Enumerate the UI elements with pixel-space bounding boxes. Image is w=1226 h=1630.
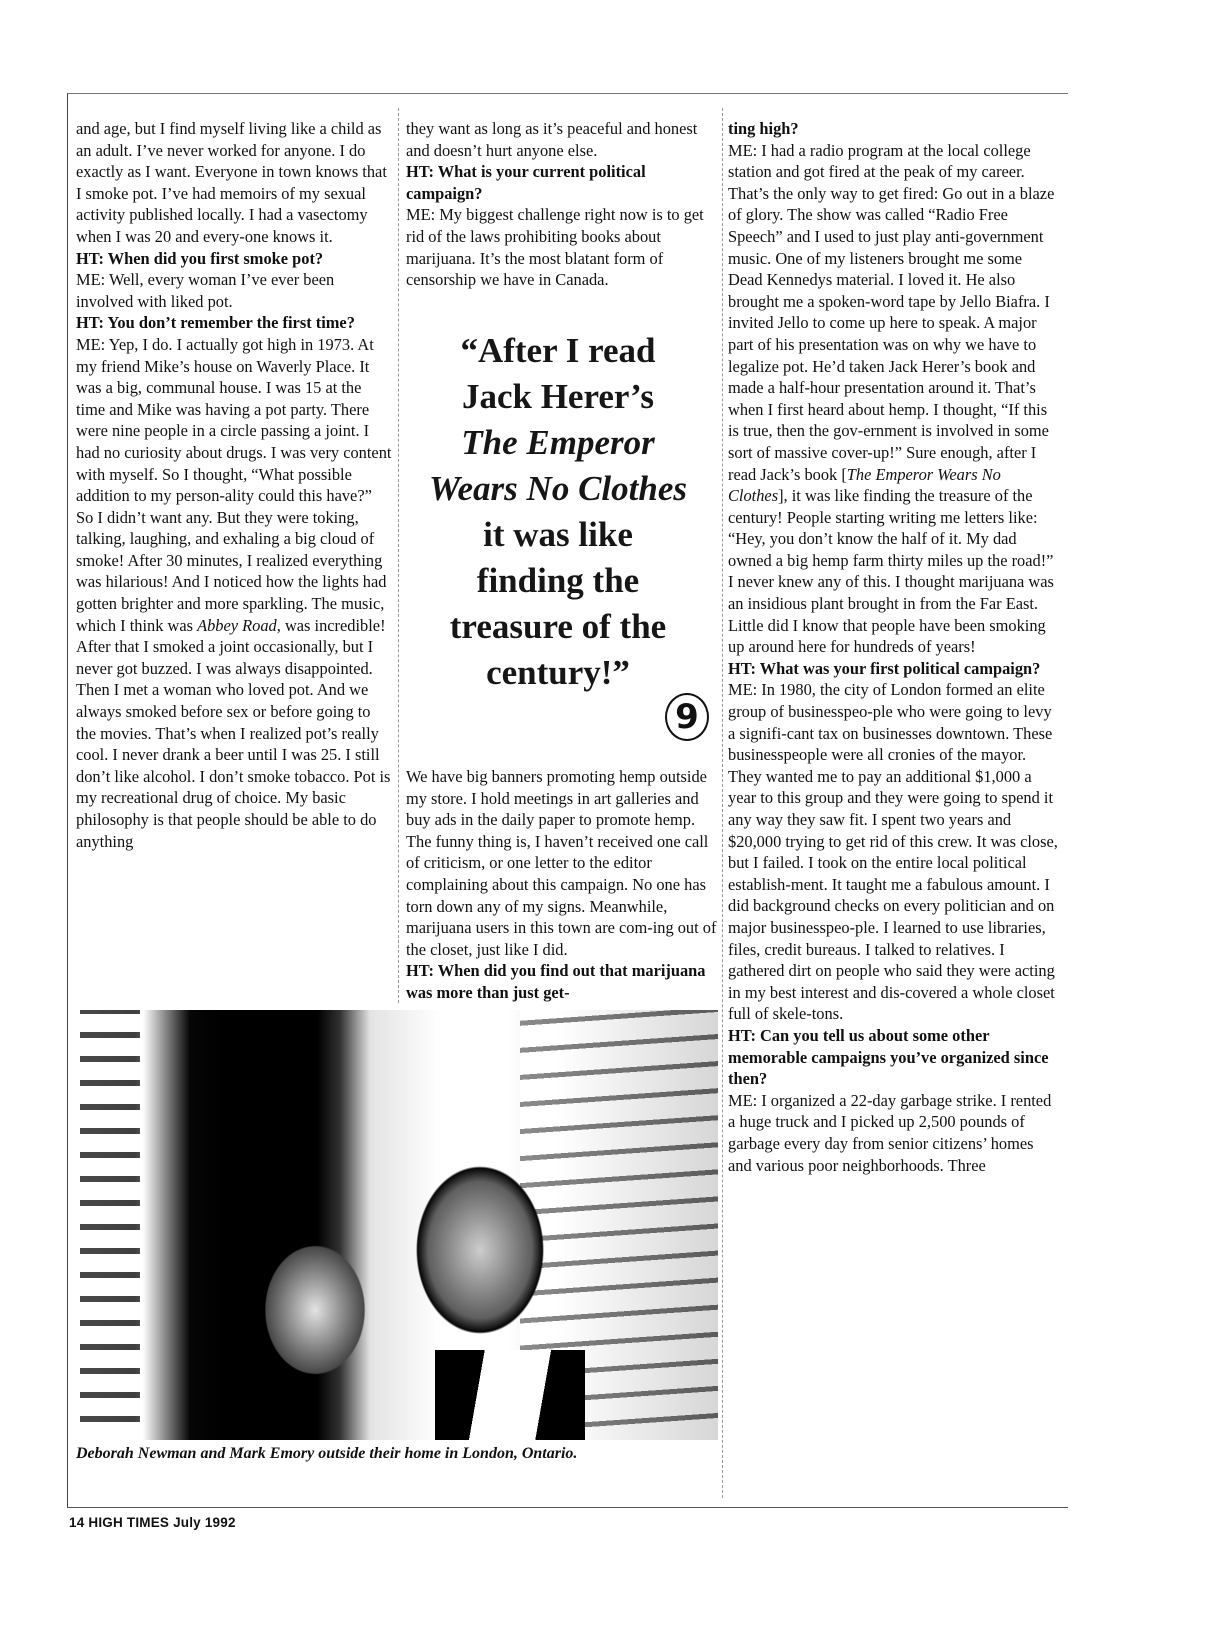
interview-question: HT: When did you first smoke pot? [76,248,392,270]
photo-couple [80,1010,718,1440]
photo-brick-wall-left [80,1010,140,1440]
interview-question: HT: What was your first political campai… [728,658,1058,680]
answer-paragraph: and age, but I find myself living like a… [76,118,392,248]
interview-question: HT: You don’t remember the first time? [76,312,392,334]
album-title: Abbey Road [197,616,277,635]
pull-quote-line: it was like [400,512,716,558]
book-title: Wears No Clothes [429,469,687,508]
pull-quote-line: finding the [400,558,716,604]
answer-text: ME: I had a radio program at the local c… [728,141,1054,484]
pull-quote-line: “After I read [400,328,716,374]
pull-quote-line: Jack Herer’s [400,374,716,420]
answer-text: , was incredible! After that I smoked a … [76,616,390,851]
answer-text: ], it was like finding the treasure of t… [728,486,1054,656]
page-folio: 14 HIGH TIMES July 1992 [69,1515,236,1530]
interview-question: HT: What is your current political campa… [406,161,718,204]
article-column-1: and age, but I find myself living like a… [76,118,392,852]
article-column-3: ting high? ME: I had a radio program at … [728,118,1058,1176]
answer-paragraph: ME: In 1980, the city of London formed a… [728,679,1058,1025]
answer-paragraph: ME: I had a radio program at the local c… [728,140,1058,658]
article-column-2-bottom: We have big banners promoting hemp outsi… [406,766,718,1004]
interview-question: HT: When did you find out that marijuana… [406,960,718,1003]
handwritten-circled-number: 9 [665,693,709,741]
answer-paragraph: ME: I organized a 22-day garbage strike.… [728,1090,1058,1176]
article-column-2-top: they want as long as it’s peaceful and h… [406,118,718,291]
answer-paragraph: ME: My biggest challenge right now is to… [406,204,718,290]
column-rule-2 [722,108,723,1498]
answer-paragraph: ME: Well, every woman I’ve ever been inv… [76,269,392,312]
pull-quote-line: century!” [400,650,716,696]
answer-paragraph: ME: Yep, I do. I actually got high in 19… [76,334,392,852]
answer-text: ME: Yep, I do. I actually got high in 19… [76,335,391,635]
pull-quote: “After I read Jack Herer’s The Emperor W… [400,328,716,696]
photo-caption: Deborah Newman and Mark Emory outside th… [76,1444,756,1464]
answer-paragraph: they want as long as it’s peaceful and h… [406,118,718,161]
pull-quote-line: treasure of the [400,604,716,650]
book-title: The Emperor [461,423,654,462]
column-rule-1 [398,108,399,1003]
photo-shirt [435,1350,585,1440]
interview-question: ting high? [728,118,1058,140]
answer-paragraph: We have big banners promoting hemp outsi… [406,766,718,960]
interview-question: HT: Can you tell us about some other mem… [728,1025,1058,1090]
